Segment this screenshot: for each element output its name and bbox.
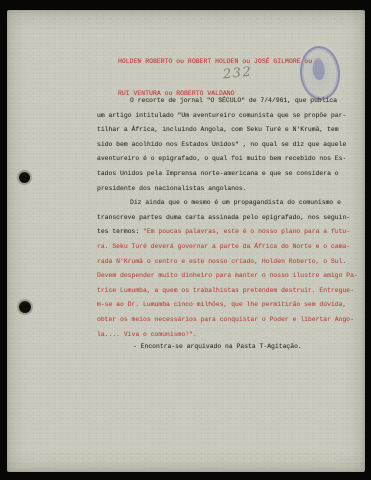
body-text: O recorte de jornal "O SÉCULO" de 7/4/96…: [97, 94, 365, 342]
line-segment: tilhar a África, incluindo Angola, com S…: [97, 126, 339, 133]
document-page: HOLDEN ROBERTO ou ROBERT HOLDEN ou JOSÉ …: [7, 10, 365, 472]
photo-background: HOLDEN ROBERTO ou ROBERT HOLDEN ou JOSÉ …: [0, 0, 371, 480]
stamp-crest-icon: [312, 60, 326, 81]
line-segment: trice Lumumba, a quem os trabalhistas pr…: [97, 287, 354, 294]
typewritten-line: rada N'Krumã o centro e este nosso criad…: [97, 255, 365, 270]
line-segment: aventureiro é o epigrafado, o qual foi m…: [97, 155, 346, 162]
typewritten-line: obter os meios necessários para conquist…: [97, 313, 365, 328]
typewritten-line: O recorte de jornal "O SÉCULO" de 7/4/96…: [97, 94, 365, 109]
line-segment: tes termos:: [97, 228, 143, 235]
line-segment: sido bem acolhido nos Estados Unidos" , …: [97, 141, 346, 148]
typewritten-line: tilhar a África, incluindo Angola, com S…: [97, 123, 365, 138]
line-segment: presidente dos nacionalistas angolanos.: [97, 185, 247, 192]
handwritten-page-number: 232: [222, 65, 253, 83]
line-segment: la.... Viva o comunismo!".: [97, 331, 197, 338]
typewritten-line: Diz ainda que o mesmo é um propagandista…: [97, 196, 365, 211]
line-segment: Devem despender muito dinheiro para mant…: [97, 272, 358, 279]
typewritten-line: presidente dos nacionalistas angolanos.: [97, 182, 365, 197]
typewritten-line: tados Unidos pela Imprensa norte-america…: [97, 167, 365, 182]
line-segment: um artigo intitulado "Um aventureiro com…: [97, 112, 346, 119]
typewritten-line: m-se ao Dr. Lumumba cinco milhões, que l…: [97, 298, 365, 313]
line-segment: ra. Seku Turé deverá governar a parte da…: [97, 243, 350, 250]
line-segment: "Em poucas palavras, este é o nosso plan…: [143, 228, 350, 235]
typewritten-line: la.... Viva o comunismo!".: [97, 328, 365, 343]
typewritten-line: ra. Seku Turé deverá governar a parte da…: [97, 240, 365, 255]
line-segment: obter os meios necessários para conquist…: [97, 316, 354, 323]
line-segment: m-se ao Dr. Lumumba cinco milhões, que l…: [97, 301, 346, 308]
typewritten-line: Devem despender muito dinheiro para mant…: [97, 269, 365, 284]
line-segment: O recorte de jornal "O SÉCULO" de 7/4/96…: [130, 97, 337, 104]
line-segment: tados Unidos pela Imprensa norte-america…: [97, 170, 339, 177]
line-segment: Diz ainda que o mesmo é um propagandista…: [130, 199, 341, 206]
punch-hole-bottom: [19, 301, 31, 313]
typewritten-line: aventureiro é o epigrafado, o qual foi m…: [97, 152, 365, 167]
line-segment: transcreve partes duma carta assinada pe…: [97, 214, 350, 221]
header-line-1: HOLDEN ROBERTO ou ROBERT HOLDEN ou JOSÉ …: [118, 57, 312, 68]
archive-note: - Encontra-se arquivado na Pasta T-Agita…: [133, 343, 302, 350]
typewritten-line: transcreve partes duma carta assinada pe…: [97, 211, 365, 226]
line-segment: rada N'Krumã o centro e este nosso criad…: [97, 258, 346, 265]
punch-hole-top: [19, 172, 30, 183]
typewritten-line: um artigo intitulado "Um aventureiro com…: [97, 109, 365, 124]
typewritten-line: trice Lumumba, a quem os trabalhistas pr…: [97, 284, 365, 299]
typewritten-line: tes termos: "Em poucas palavras, este é …: [97, 225, 365, 240]
typewritten-line: sido bem acolhido nos Estados Unidos" , …: [97, 138, 365, 153]
